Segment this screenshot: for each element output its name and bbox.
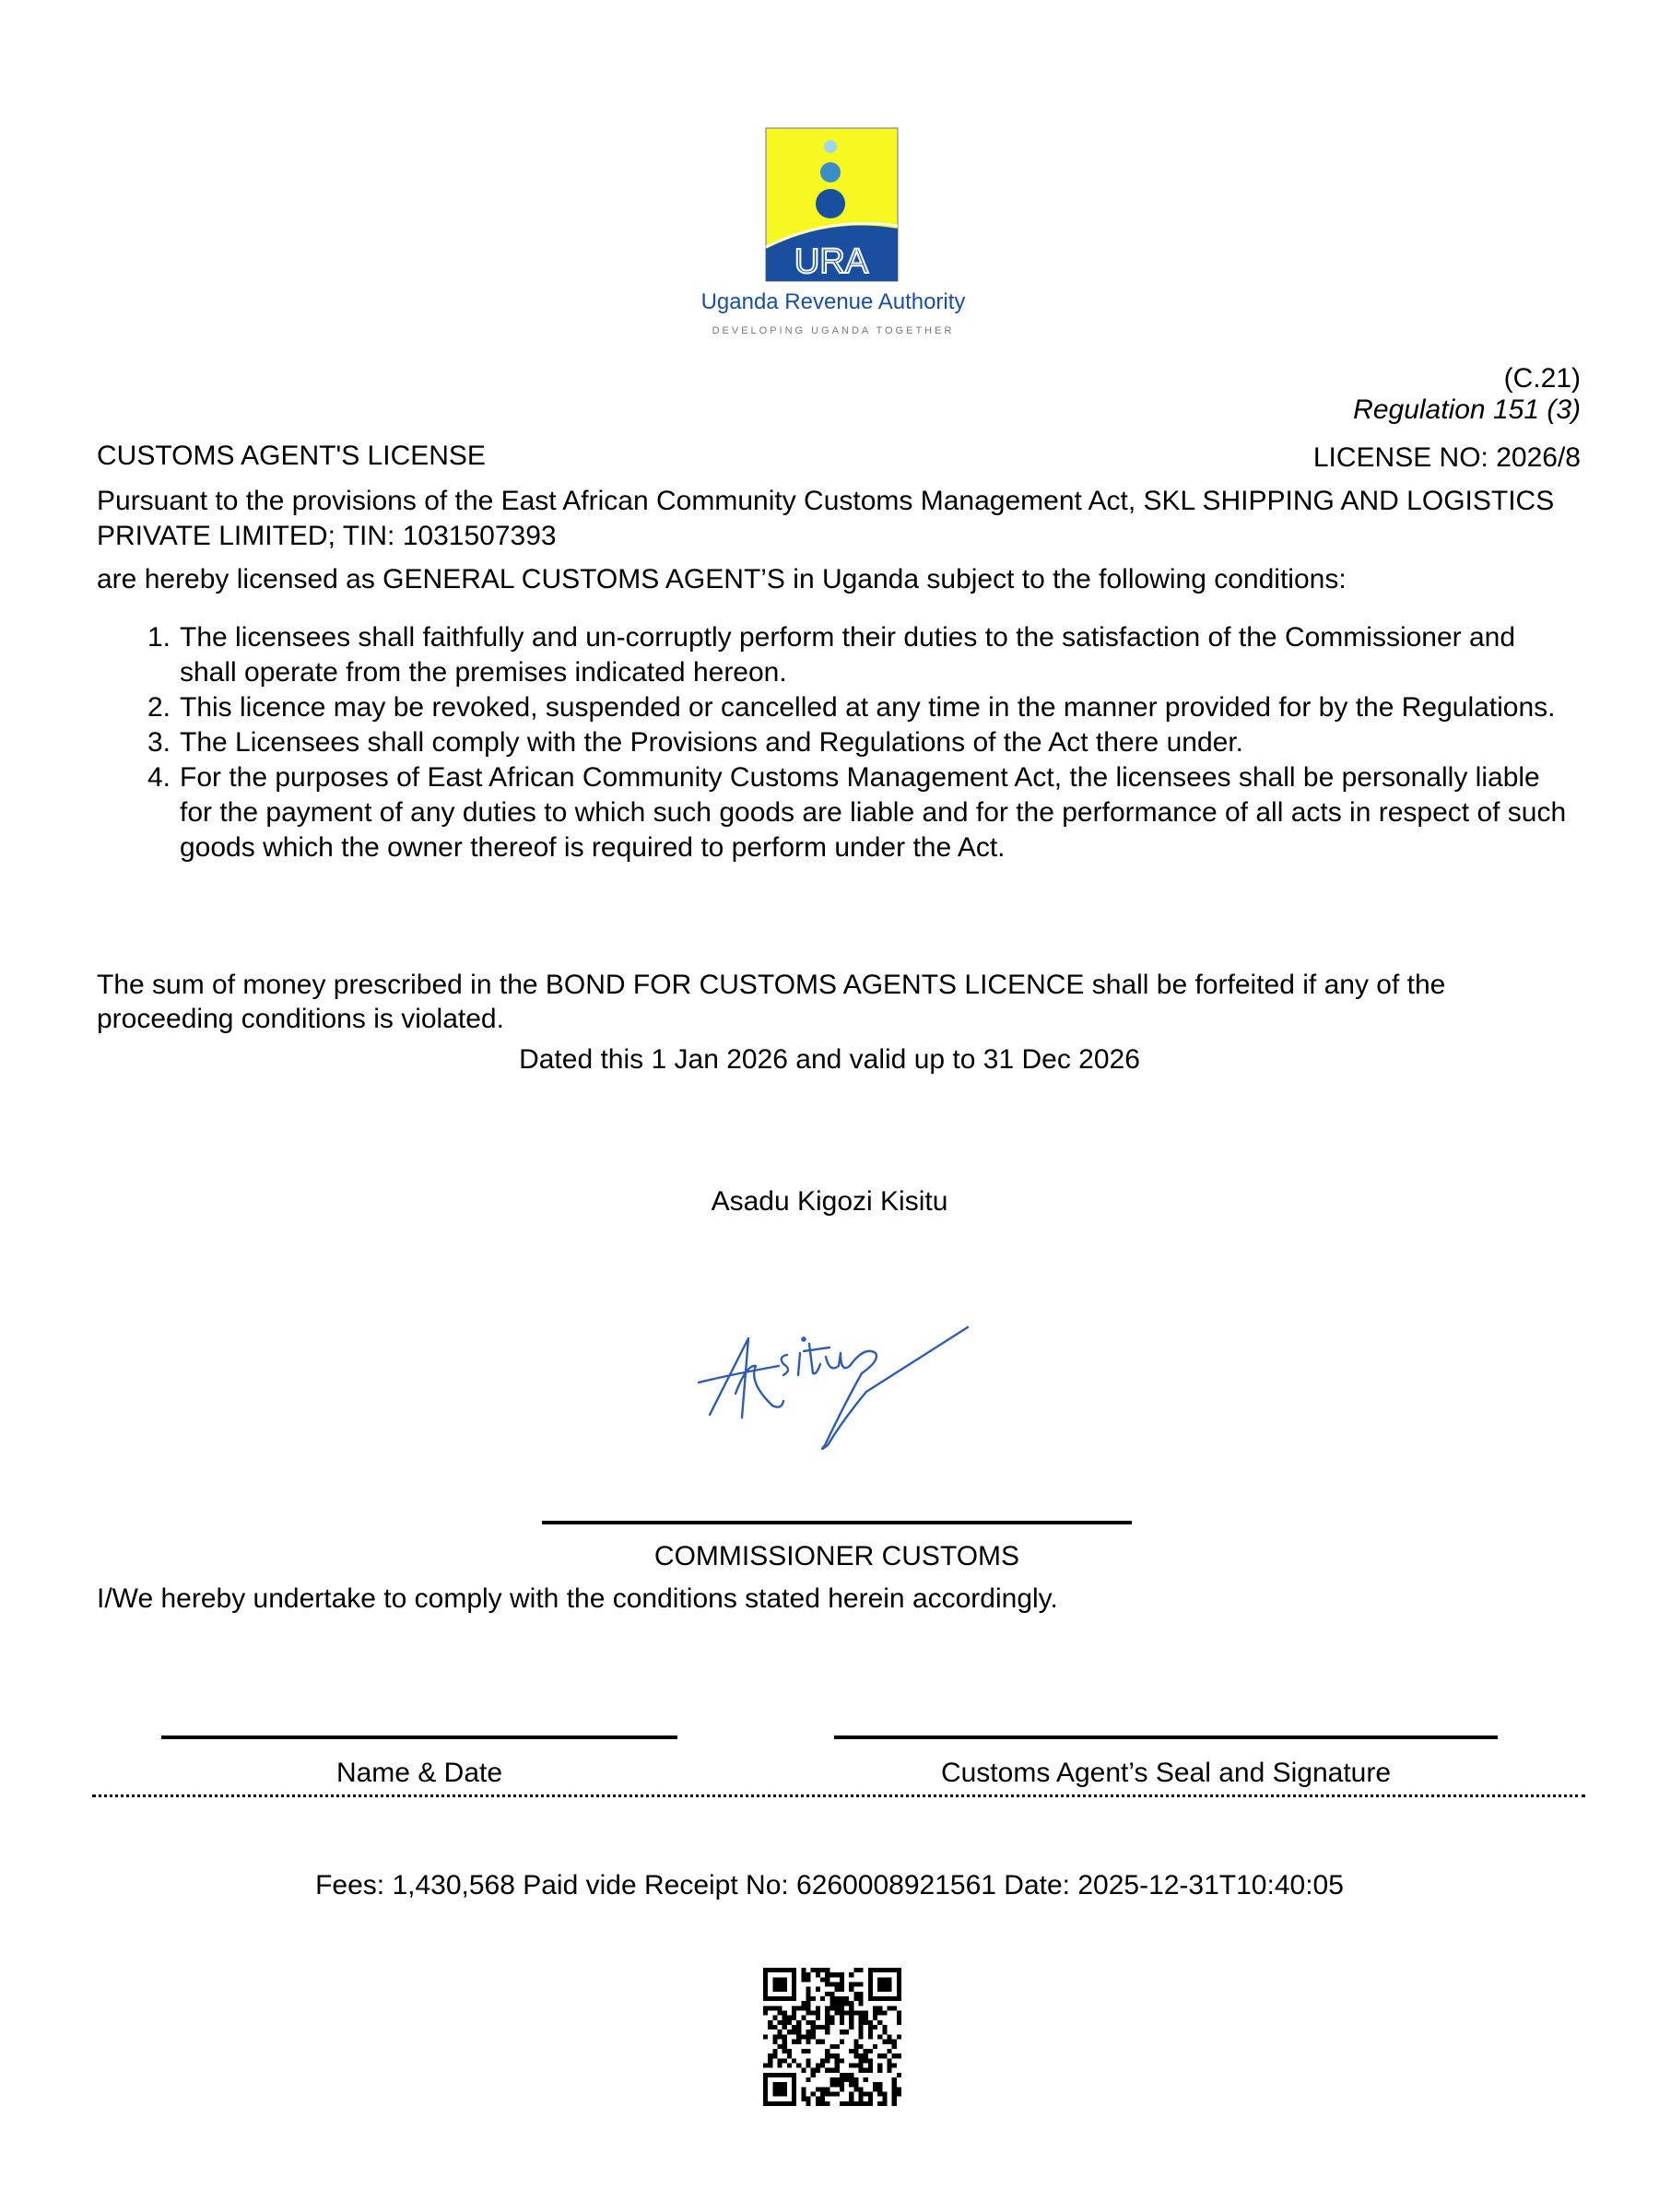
validity-dates: Dated this 1 Jan 2026 and valid up to 31… <box>0 1044 1659 1076</box>
seal-signature-label: Customs Agent’s Seal and Signature <box>834 1758 1498 1789</box>
dotted-divider <box>92 1794 1585 1797</box>
signatory-name: Asadu Kigozi Kisitu <box>0 1186 1659 1218</box>
pursuant-statement: Pursuant to the provisions of the East A… <box>97 484 1571 554</box>
condition-number: 4. <box>147 760 171 795</box>
signatory-title: COMMISSIONER CUSTOMS <box>542 1541 1132 1572</box>
document-title: CUSTOMS AGENT'S LICENSE <box>97 441 486 472</box>
undertaking-statement: I/We hereby undertake to comply with the… <box>97 1583 1058 1615</box>
ura-logo: URA Uganda Revenue Authority DEVELOPING … <box>645 101 1060 341</box>
conditions-list: 1.The licensees shall faithfully and un-… <box>97 620 1571 865</box>
license-number: LICENSE NO: 2026/8 <box>1313 442 1581 474</box>
form-code: (C.21) <box>1504 363 1581 394</box>
commissioner-signature-line <box>542 1521 1132 1524</box>
svg-text:Uganda Revenue Authority: Uganda Revenue Authority <box>701 289 966 314</box>
licensed-as-statement: are hereby licensed as GENERAL CUSTOMS A… <box>97 562 1590 597</box>
svg-text:DEVELOPING UGANDA TOGETHER: DEVELOPING UGANDA TOGETHER <box>712 325 955 336</box>
regulation-reference: Regulation 151 (3) <box>1353 394 1581 426</box>
svg-text:URA: URA <box>794 242 869 281</box>
condition-text: The Licensees shall comply with the Prov… <box>180 727 1243 758</box>
condition-number: 1. <box>147 620 171 655</box>
condition-item: 1.The licensees shall faithfully and un-… <box>97 620 1571 690</box>
condition-item: 4.For the purposes of East African Commu… <box>97 760 1571 865</box>
qr-code-icon <box>763 1968 901 2106</box>
condition-text: This licence may be revoked, suspended o… <box>180 692 1556 723</box>
condition-item: 3.The Licensees shall comply with the Pr… <box>97 725 1571 760</box>
condition-number: 2. <box>147 690 171 725</box>
condition-text: The licensees shall faithfully and un-co… <box>180 622 1515 688</box>
bond-clause: The sum of money prescribed in the BOND … <box>97 968 1571 1036</box>
condition-text: For the purposes of East African Communi… <box>180 762 1566 863</box>
seal-signature-line <box>834 1735 1498 1739</box>
condition-item: 2.This licence may be revoked, suspended… <box>97 690 1571 725</box>
name-date-line <box>161 1735 677 1739</box>
handwritten-signature <box>691 1309 977 1456</box>
name-date-label: Name & Date <box>161 1758 677 1789</box>
fees-receipt-line: Fees: 1,430,568 Paid vide Receipt No: 62… <box>0 1870 1659 1901</box>
condition-number: 3. <box>147 725 171 760</box>
